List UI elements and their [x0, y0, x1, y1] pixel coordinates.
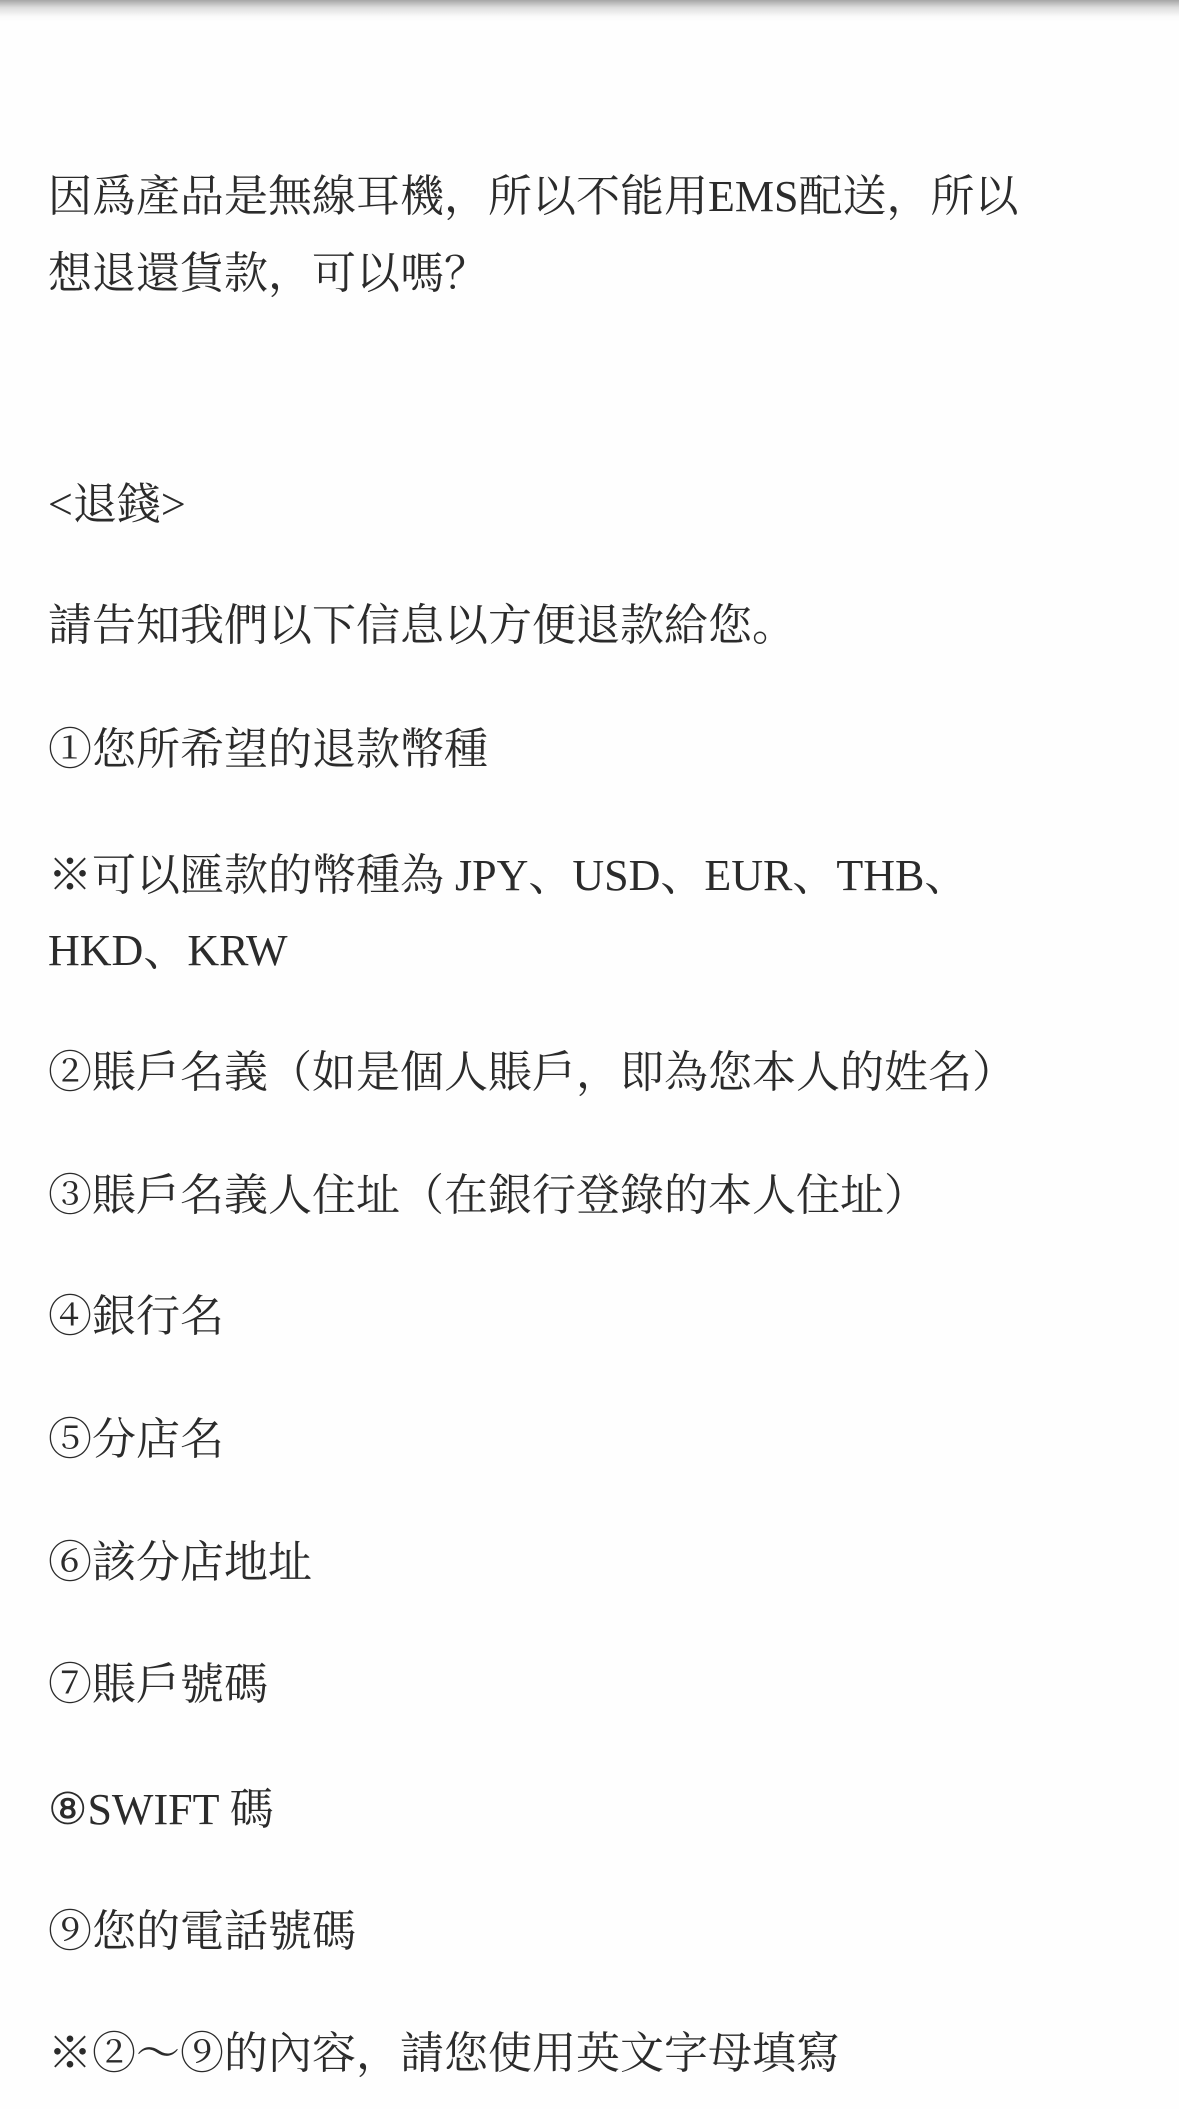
- list-item-currency: ①您所希望的退款幣種: [48, 724, 488, 776]
- list-item-phone-number: ⑨您的電話號碼: [48, 1906, 356, 1958]
- list-item-account-name: ②賬戶名義（如是個人賬戶，即為您本人的姓名）: [48, 1047, 1016, 1099]
- list-item-swift-code: ⑧SWIFT 碼: [48, 1784, 274, 1836]
- question-line-1: 因爲產品是無線耳機，所以不能用EMS配送，所以: [48, 171, 1018, 223]
- list-item-account-number: ⑦賬戶號碼: [48, 1659, 268, 1711]
- footer-note: ※②〜⑨的內容，請您使用英文字母填寫: [48, 2028, 840, 2080]
- refund-heading: <退錢>: [48, 479, 186, 531]
- refund-intro: 請告知我們以下信息以方便退款給您。: [48, 600, 796, 652]
- question-line-2: 想退還貨款，可以嗎？: [48, 248, 488, 300]
- list-item-branch-name: ⑤分店名: [48, 1414, 224, 1466]
- list-item-bank-name: ④銀行名: [48, 1291, 224, 1343]
- top-bar-shadow: [0, 0, 1179, 22]
- currency-note-line-2: HKD、KRW: [48, 925, 288, 977]
- list-item-branch-address: ⑥該分店地址: [48, 1537, 312, 1589]
- list-item-account-address: ③賬戶名義人住址（在銀行登錄的本人住址）: [48, 1170, 928, 1222]
- currency-note-line-1: ※可以匯款的幣種為 JPY、USD、EUR、THB、: [48, 850, 968, 902]
